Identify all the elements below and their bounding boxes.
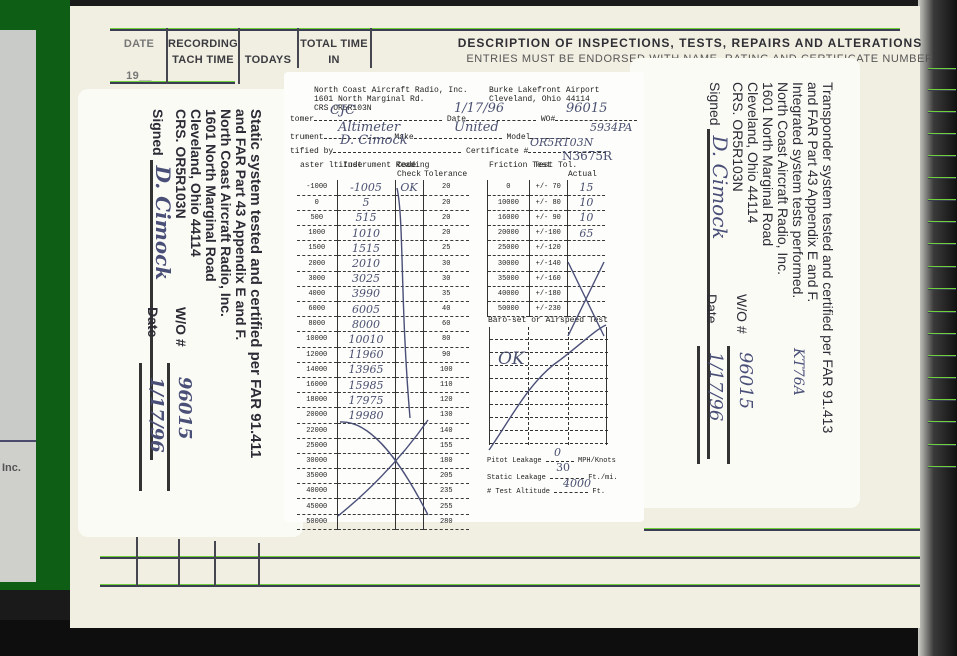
header-friction-test: Friction Test — [489, 161, 539, 170]
column-total-time: TOTAL TIME IN — [299, 36, 369, 68]
table-row: 16000+/- 9010 — [488, 210, 606, 225]
header-tolerance: Tolerance — [424, 170, 467, 179]
header-test-tolerance: Test Tol. — [534, 161, 564, 170]
column-date: DATE 19__ — [112, 36, 166, 84]
test-altitude-value: 4000 — [563, 477, 591, 490]
row-rule — [928, 89, 956, 91]
friction-test-table: 0+/- 701510000+/- 801016000+/- 901020000… — [487, 180, 605, 317]
table-row: 45000255 — [297, 499, 469, 514]
row-rule — [928, 155, 956, 157]
row-rule — [928, 288, 956, 290]
header-instrument-reading: Instrument Reading — [343, 161, 391, 170]
table-row: 50000+/-230 — [488, 302, 606, 317]
table-row: 30000+/-140 — [488, 256, 606, 271]
previous-page-lower: Inc. — [0, 440, 36, 582]
table-row: 2000201030 — [297, 256, 469, 271]
row-rule — [928, 399, 956, 401]
signed-label: Signed — [707, 82, 723, 126]
table-row: 1500151525 — [297, 241, 469, 256]
table-row: 50000280 — [297, 514, 469, 529]
make-value: United — [454, 120, 499, 135]
row-rule — [928, 221, 956, 223]
table-row: 2000019980130 — [297, 408, 469, 423]
header-rule-top — [110, 28, 900, 31]
table-row: 30000180 — [297, 453, 469, 468]
table-row: 120001196090 — [297, 347, 469, 362]
column-divider — [178, 539, 180, 586]
table-row: 10000+/- 8010 — [488, 195, 606, 210]
table-row: 20000+/-10065 — [488, 226, 606, 241]
row-rule — [100, 584, 920, 587]
baro-test-grid — [489, 327, 607, 445]
previous-page-text: Inc. — [2, 462, 21, 474]
pitot-leakage-value: 0 — [554, 446, 561, 459]
table-row: -1000-1005OK20 — [297, 180, 469, 195]
table-row: 6000600540 — [297, 302, 469, 317]
table-row: 4000399035 — [297, 286, 469, 301]
row-rule — [928, 377, 956, 379]
signed-label: Signed — [150, 109, 166, 156]
column-divider — [370, 28, 372, 68]
row-rule — [928, 111, 956, 113]
table-row: 0+/- 7015 — [488, 180, 606, 195]
row-rule — [928, 333, 956, 335]
description-header: DESCRIPTION OF INSPECTIONS, TESTS, REPAI… — [440, 36, 940, 50]
baro-ok-note: OK — [498, 349, 525, 369]
row-rule — [928, 466, 956, 468]
row-rule — [928, 68, 956, 70]
column-todays-flight: TODAYS FLIGHT — [240, 52, 296, 68]
header-actual: Actual — [568, 170, 597, 179]
column-recording-tach-time: RECORDING TACH TIME — [168, 36, 238, 68]
table-row: 100001001080 — [297, 332, 469, 347]
static-leakage-value: 30 — [556, 461, 570, 474]
static-sticker-wo: W/O # 96015 Date 1/17/96 — [142, 307, 198, 491]
signature: D. Cimock — [151, 166, 175, 281]
row-rule — [100, 556, 920, 559]
transponder-sticker: Transponder system tested and certified … — [630, 58, 860, 508]
column-divider — [258, 543, 260, 586]
header-code-check: Code Check — [397, 161, 427, 179]
row-rule — [928, 243, 956, 245]
pitot-leakage-row: Pitot Leakage MPH/Knots — [487, 457, 616, 465]
table-row: 1800017975120 — [297, 393, 469, 408]
row-rule — [644, 528, 920, 531]
static-leakage-row: Static Leakage Ft./mi. — [487, 474, 618, 482]
row-rule — [928, 444, 956, 446]
row-rule — [928, 199, 956, 201]
baro-airspeed-title: Baro-set or Airspeed Test — [488, 316, 608, 325]
table-row: 1000101020 — [297, 226, 469, 241]
table-row: 35000205 — [297, 469, 469, 484]
static-system-sticker: Static system tested and certified per F… — [78, 89, 303, 537]
table-row: 22000140 — [297, 423, 469, 438]
transponder-sticker-wo: W/O # 96015 Date 1/17/96 — [700, 294, 760, 464]
table-row: 3000302530 — [297, 271, 469, 286]
signature: D. Cimock — [708, 135, 732, 239]
altimeter-test-table: -1000-1005OK2005205005152010001010201500… — [297, 180, 469, 530]
row-rule — [928, 311, 956, 313]
instrument-row: trument Make Model — [290, 133, 570, 142]
table-row: 40000235 — [297, 484, 469, 499]
table-row: 1600015985110 — [297, 377, 469, 392]
column-divider — [214, 541, 216, 586]
table-row: 35000+/-160 — [488, 271, 606, 286]
certified-value: D. Cimock — [340, 133, 408, 148]
customer-value: CJC — [330, 103, 355, 118]
row-rule — [928, 355, 956, 357]
column-divider — [136, 536, 138, 586]
row-rule — [928, 177, 956, 179]
row-rule — [928, 266, 956, 268]
model-note: KT76A — [790, 348, 805, 396]
table-row: 0520 — [297, 195, 469, 210]
previous-page — [0, 30, 36, 440]
wo-value: 96015 — [566, 101, 607, 116]
table-row: 50051520 — [297, 210, 469, 225]
certificate-value: OR5R103N — [530, 136, 593, 149]
date-value: 1/17/96 — [454, 101, 504, 116]
table-row: 25000155 — [297, 438, 469, 453]
table-row: 25000+/-120 — [488, 241, 606, 256]
row-rule — [928, 421, 956, 423]
binder-edge — [918, 0, 957, 656]
table-row: 8000800060 — [297, 317, 469, 332]
model-value: 5934PA — [590, 121, 632, 134]
table-row: 40000+/-180 — [488, 286, 606, 301]
table-row: 1400013965100 — [297, 362, 469, 377]
row-rule — [928, 133, 956, 135]
